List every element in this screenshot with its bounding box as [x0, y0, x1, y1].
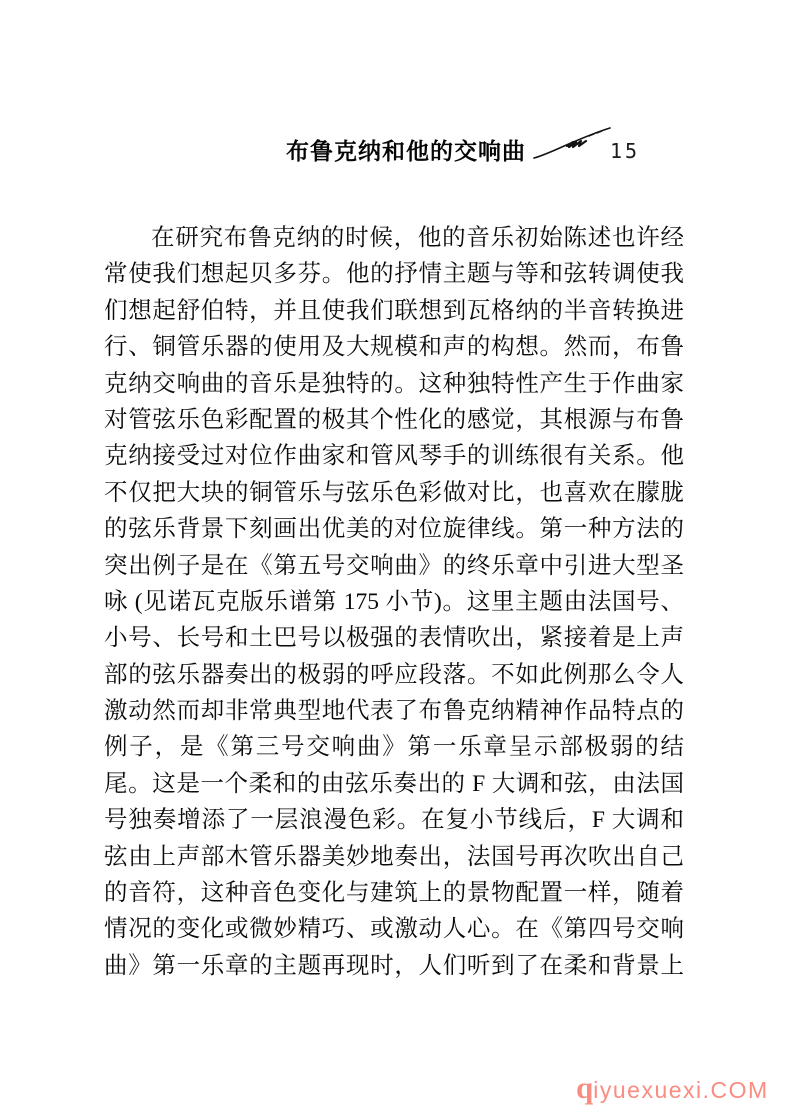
- running-head-title: 布鲁克纳和他的交响曲: [286, 133, 526, 166]
- watermark: q iyuexuexi.COM: [576, 1072, 769, 1103]
- text-line: 号独奏增添了一层浪漫色彩。在复小节线后，F 大调和: [104, 802, 684, 838]
- text-line: 小号、长号和土巴号以极强的表情吹出，紧接着是上声: [104, 620, 684, 656]
- text-line: 例子，是《第三号交响曲》第一乐章呈示部极弱的结: [104, 729, 684, 765]
- text-line: 咏 (见诺瓦克版乐谱第 175 小节)。这里主题由法国号、: [104, 584, 684, 620]
- text-line: 突出例子是在《第五号交响曲》的终乐章中引进大型圣: [104, 548, 684, 584]
- text-line: 激动然而却非常典型地代表了布鲁克纳精神作品特点的: [104, 693, 684, 729]
- watermark-lead-letter: q: [576, 1072, 593, 1103]
- text-line: 曲》第一乐章的主题再现时，人们听到了在柔和背景上: [104, 948, 684, 984]
- text-line: 对管弦乐色彩配置的极其个性化的感觉，其根源与布鲁: [104, 402, 684, 438]
- text-line: 情况的变化或微妙精巧、或激动人心。在《第四号交响: [104, 911, 684, 947]
- page-number: 15: [610, 139, 640, 163]
- text-line: 们想起舒伯特，并且使我们联想到瓦格纳的半音转换进: [104, 293, 684, 329]
- text-line: 在研究布鲁克纳的时候，他的音乐初始陈述也许经: [104, 220, 684, 256]
- text-line: 的弦乐背景下刻画出优美的对位旋律线。第一种方法的: [104, 511, 684, 547]
- watermark-text: iyuexuexi.COM: [593, 1079, 768, 1102]
- ink-flourish-mark: [531, 124, 615, 162]
- text-line: 弦由上声部木管乐器美妙地奏出，法国号再次吹出自己: [104, 839, 684, 875]
- scanned-book-page: 布鲁克纳和他的交响曲 15 在研究布鲁克纳的时候，他的音乐初始陈述也许经常使我们…: [0, 0, 794, 1120]
- text-line: 行、铜管乐器的使用及大规模和声的构想。然而，布鲁: [104, 329, 684, 365]
- text-line: 尾。这是一个柔和的由弦乐奏出的 F 大调和弦，由法国: [104, 766, 684, 802]
- text-line: 部的弦乐器奏出的极弱的呼应段落。不如此例那么令人: [104, 657, 684, 693]
- body-text: 在研究布鲁克纳的时候，他的音乐初始陈述也许经常使我们想起贝多芬。他的抒情主题与等…: [104, 220, 684, 984]
- text-line: 的音符，这种音色变化与建筑上的景物配置一样，随着: [104, 875, 684, 911]
- text-line: 常使我们想起贝多芬。他的抒情主题与等和弦转调使我: [104, 256, 684, 292]
- text-line: 克纳接受过对位作曲家和管风琴手的训练很有关系。他: [104, 438, 684, 474]
- text-line: 不仅把大块的铜管乐与弦乐色彩做对比，也喜欢在朦胧: [104, 475, 684, 511]
- text-line: 克纳交响曲的音乐是独特的。这种独特性产生于作曲家: [104, 366, 684, 402]
